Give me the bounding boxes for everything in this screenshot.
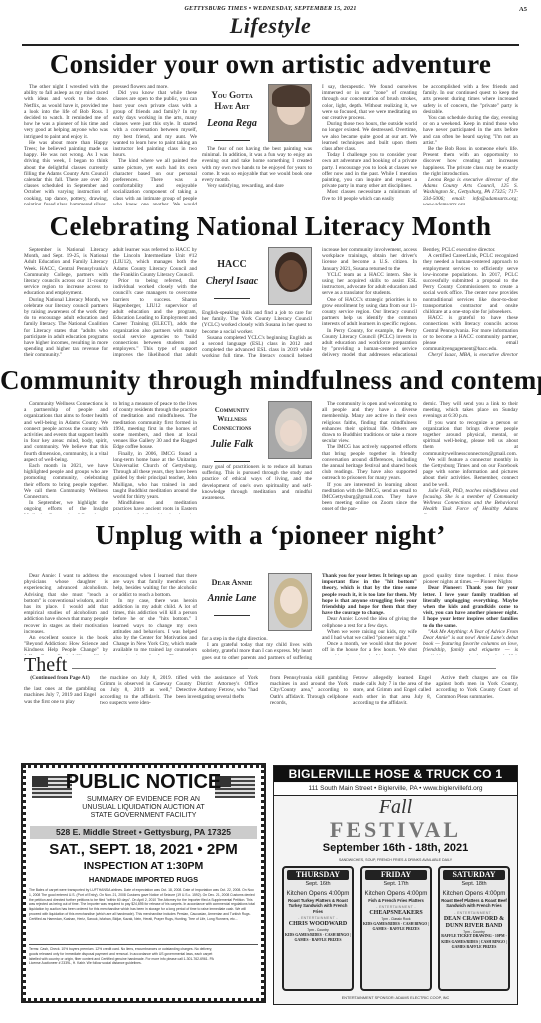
author-name: Cheryl Isaac	[202, 276, 262, 288]
literacy-col-5: Bentley, PCLC executive director. A cert…	[423, 247, 518, 357]
notice-item: HANDMADE IMPORTED RUGS	[26, 875, 261, 884]
literacy-col-3: English-speaking skills and find a job t…	[202, 310, 312, 357]
author-name: Annie Lane	[202, 593, 262, 605]
headline-theft: Theft	[24, 654, 67, 677]
festival-address: 111 South Main Street • Biglerville, PA …	[274, 783, 517, 796]
notice-body: The Bales of carpet were transported by …	[29, 888, 258, 922]
author-tagline: Leona Rega is executive director of the …	[423, 177, 518, 205]
theft-col-5: Fetrow allegedly learned Engel made call…	[353, 675, 431, 761]
literacy-col-1: September is National Literacy Month, an…	[24, 247, 108, 357]
author-tagline: Cheryl Isaac, MBA, is executive director…	[423, 352, 518, 357]
literacy-col-2: adult learner was referred to HACC by th…	[113, 247, 197, 357]
festival-subtitle: SANDWICHES, SOUP, FRENCH FRIES & DRINKS …	[274, 858, 517, 862]
mindfulness-col-5: demic. They will send you a link to thei…	[423, 401, 518, 514]
author-photo-julie-falk	[268, 401, 312, 459]
headline-art: Consider your own artistic adventure	[0, 49, 541, 80]
column-kicker: Dear Annie	[202, 578, 262, 587]
section-title: Lifestyle	[0, 13, 541, 39]
dateline: GETTYSBURG TIMES • WEDNESDAY, SEPTEMBER …	[0, 6, 541, 12]
masthead-rule	[22, 44, 519, 46]
festival-dates: September 16th - 18th, 2021	[274, 842, 517, 854]
notice-inspection: INSPECTION AT 1:30PM	[26, 860, 261, 872]
notice-date: SAT., SEPT. 18, 2021 • 2PM	[26, 841, 261, 858]
notice-title: PUBLIC NOTICE	[26, 771, 261, 794]
theft-col-6: Active theft charges are on file against…	[436, 675, 518, 761]
festival-day-saturday: SATURDAY Sept. 18th Kitchen Opens 4:00pm…	[438, 866, 510, 991]
author-name: Julie Falk	[202, 439, 262, 451]
notice-terms: Terms: Cash, Check. 10% buyers premium. …	[29, 947, 221, 966]
art-col-3: The fear of not having the best painting…	[202, 146, 312, 205]
author-tagline: "Ask Me Anything: A Year of Advice From …	[423, 629, 518, 655]
annie-col-3: for a step in the right direction. I am …	[202, 636, 312, 660]
masthead: GETTYSBURG TIMES • WEDNESDAY, SEPTEMBER …	[0, 0, 541, 43]
theft-rule	[72, 668, 248, 669]
mindfulness-col-3: mary goal of practitioners is to reduce …	[202, 464, 312, 514]
page-number: A5	[519, 6, 527, 13]
literacy-col-4: increase her community involvement, acce…	[322, 247, 417, 357]
annie-byline: Dear Annie Annie Lane	[202, 578, 262, 616]
mindfulness-col-2: to bring a measure of peace to the lives…	[113, 401, 197, 514]
theft-col-1: (Continued from Page A1) the last ones a…	[24, 675, 96, 761]
festival-org: BIGLERVILLE HOSE & TRUCK CO 1	[274, 766, 517, 782]
author-photo-leona-rega	[268, 84, 312, 142]
author-name: Leona Rega	[202, 118, 262, 130]
column-kicker: You Gotta Have Art	[202, 90, 262, 112]
annie-col-1: Dear Annie: I want to address the physic…	[24, 573, 108, 655]
annie-col-4: Thank you for your letter. It brings up …	[322, 573, 417, 655]
public-notice-ad: PUBLIC NOTICE SUMMARY OF EVIDENCE FOR AN…	[23, 765, 264, 1001]
fall-festival-ad: BIGLERVILLE HOSE & TRUCK CO 1 111 South …	[273, 765, 518, 1005]
festival-title: FESTIVAL	[274, 817, 517, 843]
festival-day-thursday: THURSDAY Sept. 16th Kitchen Opens 4:00pm…	[282, 866, 354, 991]
author-tagline: Julie Falk, PhD, teaches mindfulness and…	[423, 488, 518, 514]
column-kicker: HACC	[202, 259, 262, 270]
art-col-1: The other night I wrestled with the abil…	[24, 84, 108, 205]
art-byline: You Gotta Have Art Leona Rega	[202, 90, 262, 141]
headline-literacy: Celebrating National Literacy Month	[0, 211, 541, 242]
literacy-byline: HACC Cheryl Isaac	[202, 259, 262, 299]
mindfulness-col-1: Community Wellness Connections is a part…	[24, 401, 108, 514]
notice-address: 528 E. Middle Street • Gettysburg, PA 17…	[30, 826, 257, 839]
headline-mindfulness: Community through mindfulness and contem…	[0, 365, 541, 396]
notice-subtitle: SUMMARY OF EVIDENCE FOR AN UNUSUAL LIQUI…	[26, 796, 261, 820]
annie-col-5: good quality time together. I miss those…	[423, 573, 518, 655]
theft-col-4: from Pennsylvania skill gambling machine…	[270, 675, 348, 761]
annie-col-2: encouraged when I learned that there are…	[113, 573, 197, 655]
headline-dear-annie: Unplug with a ‘pioneer night’	[0, 520, 541, 551]
festival-day-friday: FRIDAY Sept. 17th Kitchen Opens 4:00pm F…	[360, 866, 432, 991]
mindfulness-col-4: The community is open and welcoming to a…	[322, 401, 417, 514]
festival-fall: Fall	[274, 796, 517, 819]
author-photo-cheryl-isaac	[268, 247, 312, 305]
festival-sponsor: ENTERTAINMENT SPONSOR: ADAMS ELECTRIC CO…	[274, 996, 517, 1000]
column-kicker: Community Wellness Connections	[202, 406, 262, 433]
mindfulness-byline: Community Wellness Connections Julie Fal…	[202, 406, 262, 462]
theft-col-3: tified with the assistance of York Count…	[176, 675, 258, 761]
author-photo-annie-lane	[268, 573, 312, 631]
continued-from: (Continued from Page A1)	[24, 675, 96, 681]
theft-rule	[248, 668, 496, 669]
art-col-4: I say, therapeutic. We found ourselves i…	[322, 84, 417, 205]
theft-col-2: the machine on July 8, 2019. Grimm is ob…	[100, 675, 172, 761]
art-col-2: pressed flowers and more. Did you know t…	[113, 84, 197, 205]
art-col-5: be accomplished with a few friends and f…	[423, 84, 518, 205]
